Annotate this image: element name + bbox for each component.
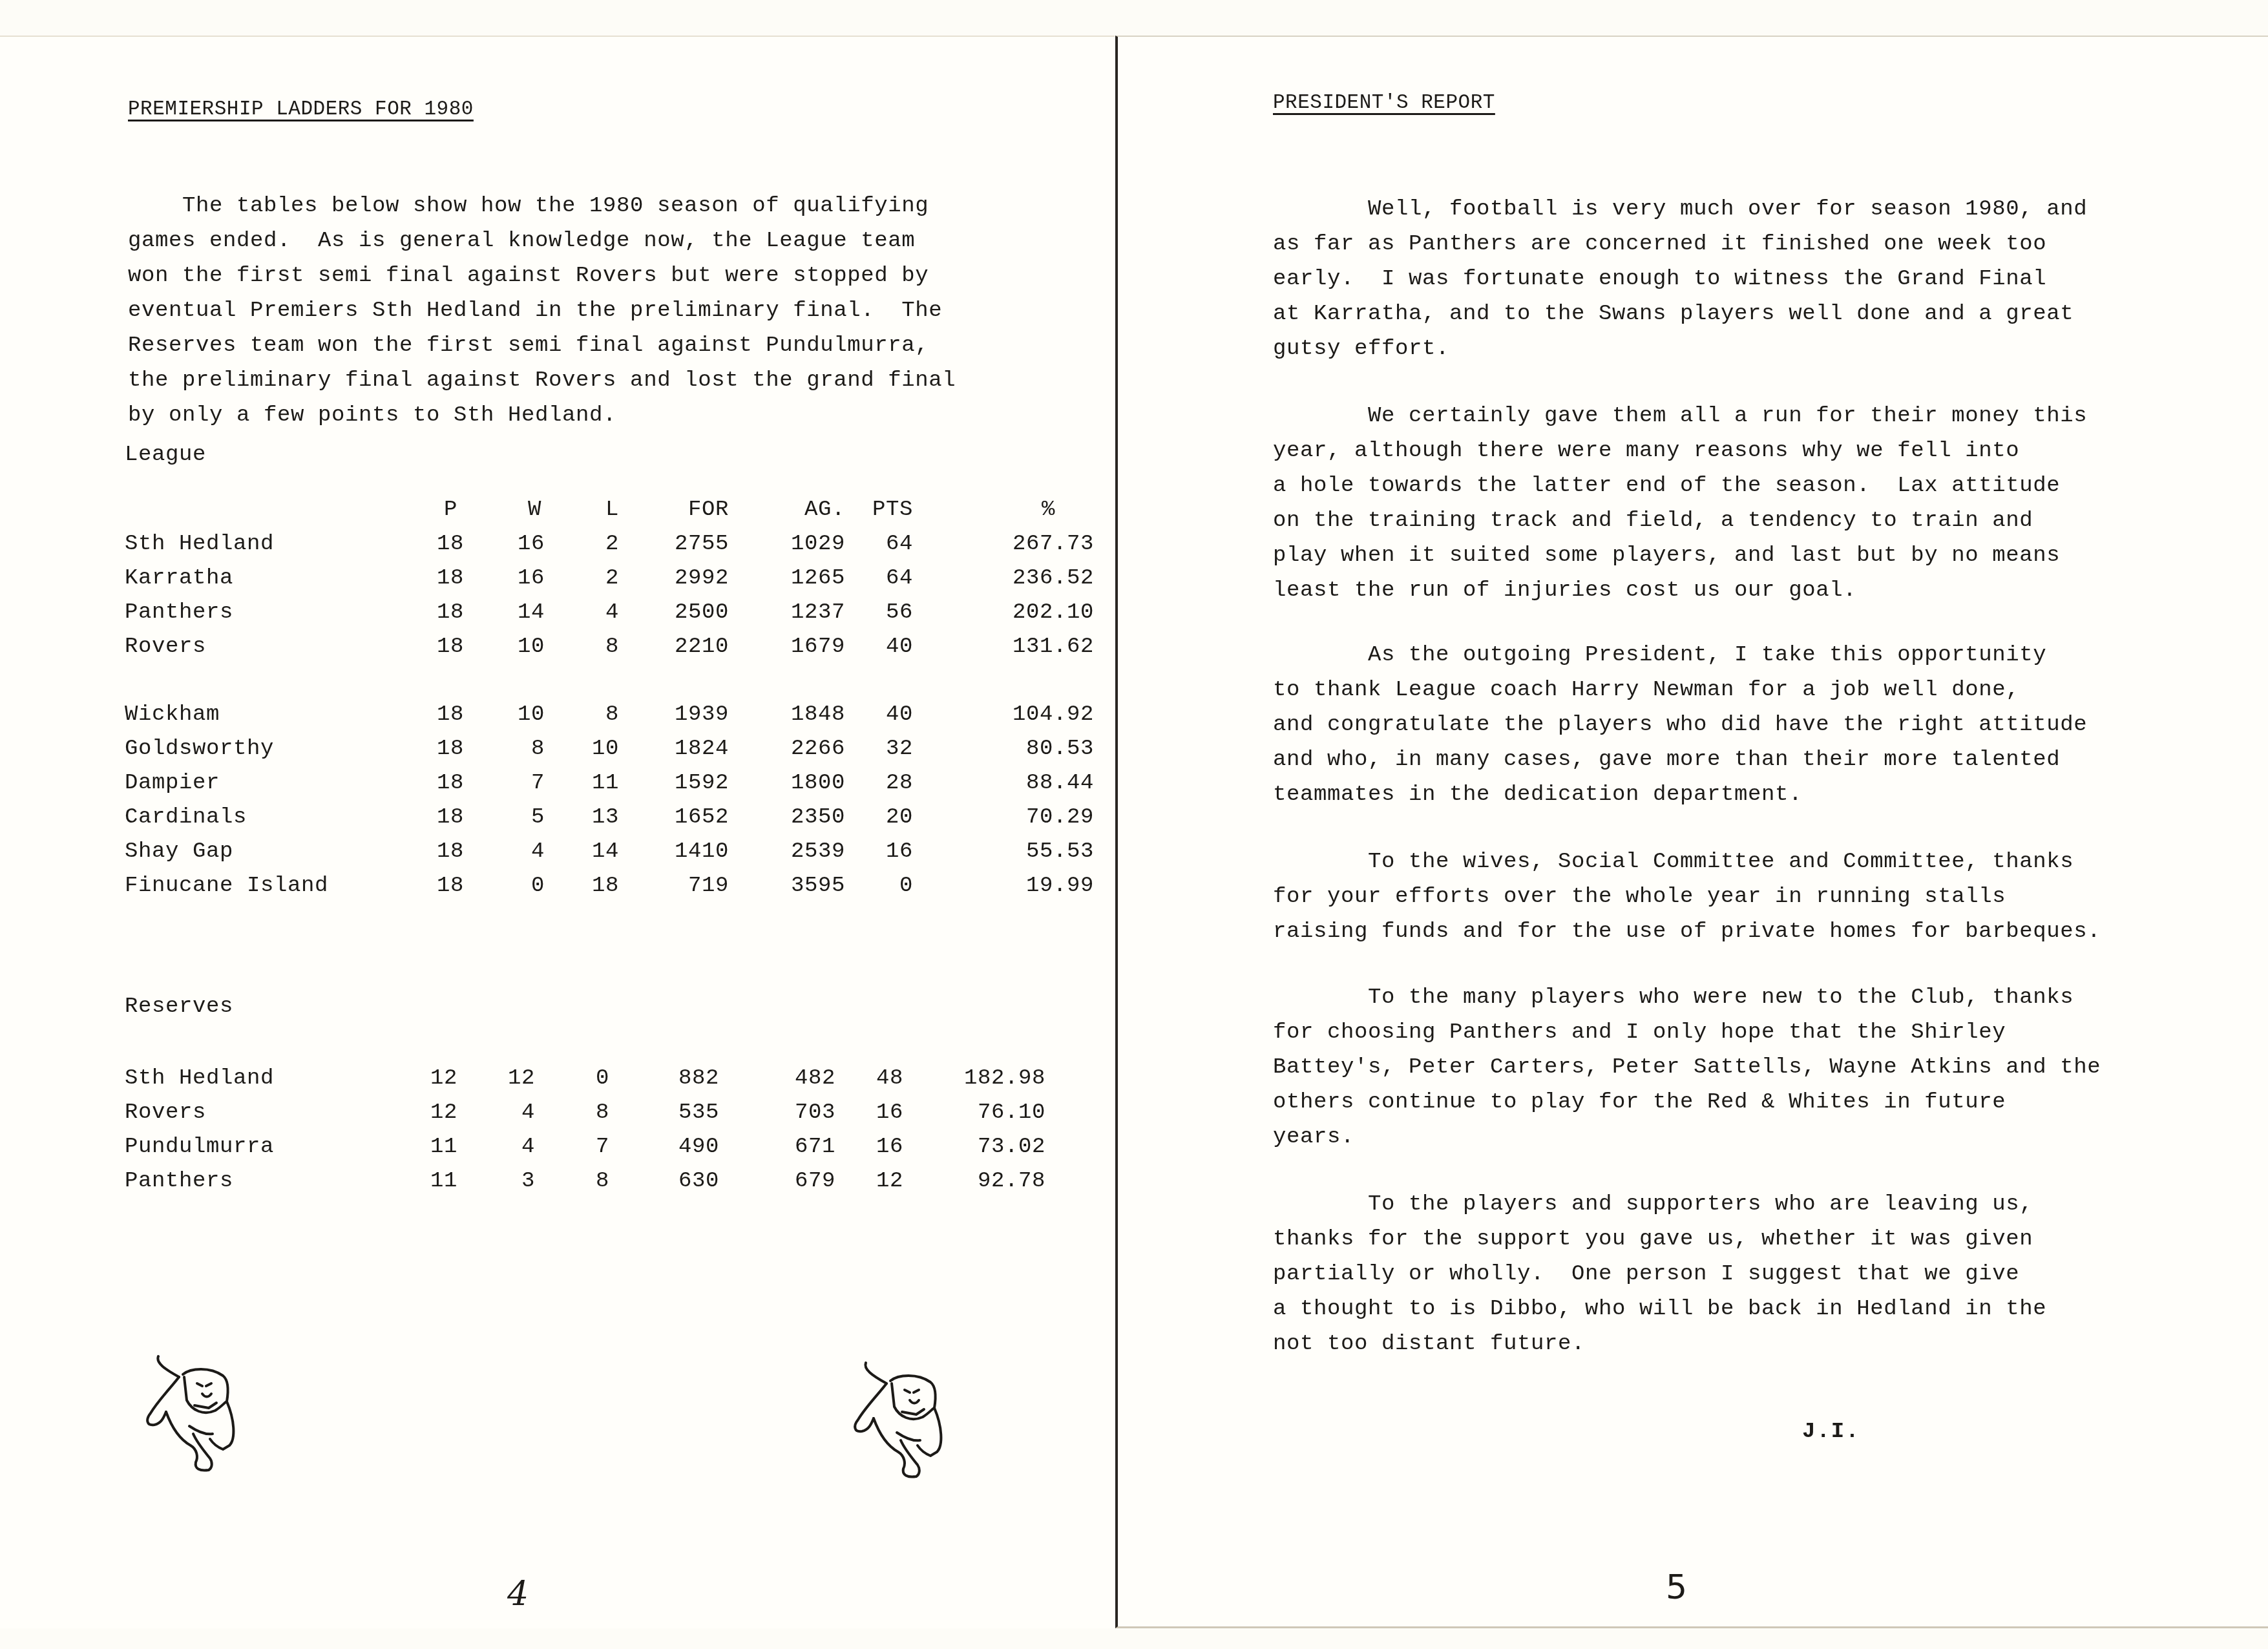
cell-ag: 671 [719,1129,835,1164]
cell-team: Dampier [125,766,393,800]
cell-p: 12 [393,1095,470,1129]
panther-logo-icon [840,1355,963,1497]
cell-team: Finucane Island [125,868,393,903]
cell-l: 18 [558,868,629,903]
cell-pts: 40 [845,697,913,731]
cell-ag: 3595 [729,868,845,903]
report-paragraph: We certainly gave them all a run for the… [1273,399,2087,608]
cell-p: 11 [393,1164,470,1198]
cell-w: 5 [477,800,558,834]
cell-pts: 16 [835,1129,903,1164]
table-row: Pundulmurra11474906711673.02 [125,1129,1045,1164]
page-right: PRESIDENT'S REPORT Well, football is ver… [1115,36,2268,1628]
cell-p: 18 [393,561,477,595]
cell-l: 8 [548,1164,619,1198]
report-paragraph: To the players and supporters who are le… [1273,1187,2046,1361]
report-paragraph: Well, football is very much over for sea… [1273,192,2087,366]
cell-pts: 48 [835,1061,903,1095]
cell-p: 18 [393,629,477,664]
cell-pct: 92.78 [903,1164,1045,1198]
cell-for: 1592 [629,766,729,800]
cell-l: 2 [558,561,629,595]
cell-ag: 679 [719,1164,835,1198]
cell-p: 18 [393,731,477,766]
table-row: Rovers12485357031676.10 [125,1095,1045,1129]
cell-ag: 1848 [729,697,845,731]
cell-for: 1824 [629,731,729,766]
cell-pts: 64 [845,527,913,561]
cell-l: 14 [558,834,629,868]
cell-team: Panthers [125,595,393,629]
table-row: Wickham181081939184840104.92 [125,697,1094,731]
league-label: League [125,443,206,467]
league-header-row: P W L FOR AG. PTS % [125,492,1094,527]
row-spacer [125,664,1094,697]
cell-team: Karratha [125,561,393,595]
cell-ag: 1800 [729,766,845,800]
table-row: Shay Gap18414141025391655.53 [125,834,1094,868]
cell-pct: 104.92 [913,697,1094,731]
cell-pts: 32 [845,731,913,766]
table-row: Rovers181082210167940131.62 [125,629,1094,664]
page-title-report: PRESIDENT'S REPORT [1273,92,1495,114]
cell-ag: 2350 [729,800,845,834]
cell-p: 18 [393,527,477,561]
cell-ag: 1265 [729,561,845,595]
cell-pts: 12 [835,1164,903,1198]
col-p: P [393,492,477,527]
cell-p: 12 [393,1061,470,1095]
cell-pct: 80.53 [913,731,1094,766]
cell-ag: 1237 [729,595,845,629]
cell-for: 2210 [629,629,729,664]
cell-w: 10 [477,629,558,664]
cell-p: 18 [393,697,477,731]
intro-paragraph: The tables below show how the 1980 seaso… [128,189,956,433]
cell-pts: 56 [845,595,913,629]
cell-w: 3 [470,1164,548,1198]
cell-pct: 202.10 [913,595,1094,629]
cell-w: 4 [470,1095,548,1129]
cell-w: 10 [477,697,558,731]
cell-w: 7 [477,766,558,800]
page-left: PREMIERSHIP LADDERS FOR 1980 The tables … [0,36,1115,1628]
cell-w: 14 [477,595,558,629]
cell-p: 18 [393,834,477,868]
cell-team: Rovers [125,1095,393,1129]
cell-for: 2755 [629,527,729,561]
cell-for: 882 [619,1061,719,1095]
cell-p: 18 [393,868,477,903]
cell-l: 8 [558,697,629,731]
table-row: Panthers11386306791292.78 [125,1164,1045,1198]
cell-team: Panthers [125,1164,393,1198]
col-for: FOR [629,492,729,527]
cell-pts: 64 [845,561,913,595]
cell-p: 18 [393,595,477,629]
cell-team: Sth Hedland [125,527,393,561]
cell-for: 1410 [629,834,729,868]
table-row: Finucane Island180187193595019.99 [125,868,1094,903]
cell-p: 18 [393,766,477,800]
cell-l: 10 [558,731,629,766]
cell-for: 719 [629,868,729,903]
reserves-body: Sth Hedland1212088248248182.98Rovers1248… [125,1061,1045,1198]
page-title-ladders: PREMIERSHIP LADDERS FOR 1980 [128,98,474,121]
table-row: Cardinals18513165223502070.29 [125,800,1094,834]
cell-p: 11 [393,1129,470,1164]
report-paragraph: To the wives, Social Committee and Commi… [1273,845,2101,949]
cell-for: 2500 [629,595,729,629]
league-table: P W L FOR AG. PTS % Sth Hedland181622755… [125,492,1094,903]
cell-pts: 20 [845,800,913,834]
table-row: Sth Hedland1212088248248182.98 [125,1061,1045,1095]
cell-team: Goldsworthy [125,731,393,766]
cell-w: 4 [477,834,558,868]
table-row: Karratha181622992126564236.52 [125,561,1094,595]
cell-w: 4 [470,1129,548,1164]
cell-pct: 267.73 [913,527,1094,561]
cell-for: 630 [619,1164,719,1198]
cell-w: 8 [477,731,558,766]
cell-team: Cardinals [125,800,393,834]
table-row: Dampier18711159218002888.44 [125,766,1094,800]
intro-text: The tables below show how the 1980 seaso… [128,194,956,428]
report-paragraph: To the many players who were new to the … [1273,980,2101,1155]
cell-for: 2992 [629,561,729,595]
cell-ag: 1679 [729,629,845,664]
cell-l: 7 [548,1129,619,1164]
cell-pct: 131.62 [913,629,1094,664]
cell-pct: 19.99 [913,868,1094,903]
cell-team: Shay Gap [125,834,393,868]
cell-ag: 1029 [729,527,845,561]
cell-pts: 0 [845,868,913,903]
table-row: Goldsworthy18810182422663280.53 [125,731,1094,766]
cell-pct: 55.53 [913,834,1094,868]
col-pct: % [913,492,1094,527]
cell-team: Rovers [125,629,393,664]
report-paragraph: As the outgoing President, I take this o… [1273,638,2087,812]
cell-team: Pundulmurra [125,1129,393,1164]
cell-pct: 73.02 [903,1129,1045,1164]
cell-l: 8 [548,1095,619,1129]
cell-pts: 28 [845,766,913,800]
page-number-right: 5 [1666,1568,1687,1607]
cell-l: 0 [548,1061,619,1095]
cell-ag: 2539 [729,834,845,868]
col-l: L [558,492,629,527]
col-pts: PTS [845,492,913,527]
cell-for: 490 [619,1129,719,1164]
reserves-table: Sth Hedland1212088248248182.98Rovers1248… [125,1061,1045,1198]
cell-w: 16 [477,527,558,561]
cell-ag: 482 [719,1061,835,1095]
cell-l: 11 [558,766,629,800]
cell-ag: 703 [719,1095,835,1129]
cell-w: 0 [477,868,558,903]
cell-ag: 2266 [729,731,845,766]
cell-l: 4 [558,595,629,629]
table-row: Sth Hedland181622755102964267.73 [125,527,1094,561]
reserves-label: Reserves [125,994,233,1019]
cell-l: 13 [558,800,629,834]
cell-pct: 70.29 [913,800,1094,834]
cell-pts: 16 [845,834,913,868]
cell-w: 16 [477,561,558,595]
cell-pts: 16 [835,1095,903,1129]
table-row: Panthers181442500123756202.10 [125,595,1094,629]
cell-pct: 76.10 [903,1095,1045,1129]
cell-p: 18 [393,800,477,834]
col-ag: AG. [729,492,845,527]
cell-for: 535 [619,1095,719,1129]
cell-pct: 182.98 [903,1061,1045,1095]
cell-for: 1939 [629,697,729,731]
cell-l: 8 [558,629,629,664]
panther-logo-icon [132,1349,255,1491]
signature: J.I. [1802,1420,1860,1444]
cell-for: 1652 [629,800,729,834]
cell-pct: 236.52 [913,561,1094,595]
league-body: Sth Hedland181622755102964267.73Karratha… [125,527,1094,903]
cell-team: Wickham [125,697,393,731]
cell-l: 2 [558,527,629,561]
page-number-left: 4 [507,1575,529,1613]
col-w: W [477,492,558,527]
cell-team: Sth Hedland [125,1061,393,1095]
cell-pts: 40 [845,629,913,664]
cell-w: 12 [470,1061,548,1095]
cell-pct: 88.44 [913,766,1094,800]
